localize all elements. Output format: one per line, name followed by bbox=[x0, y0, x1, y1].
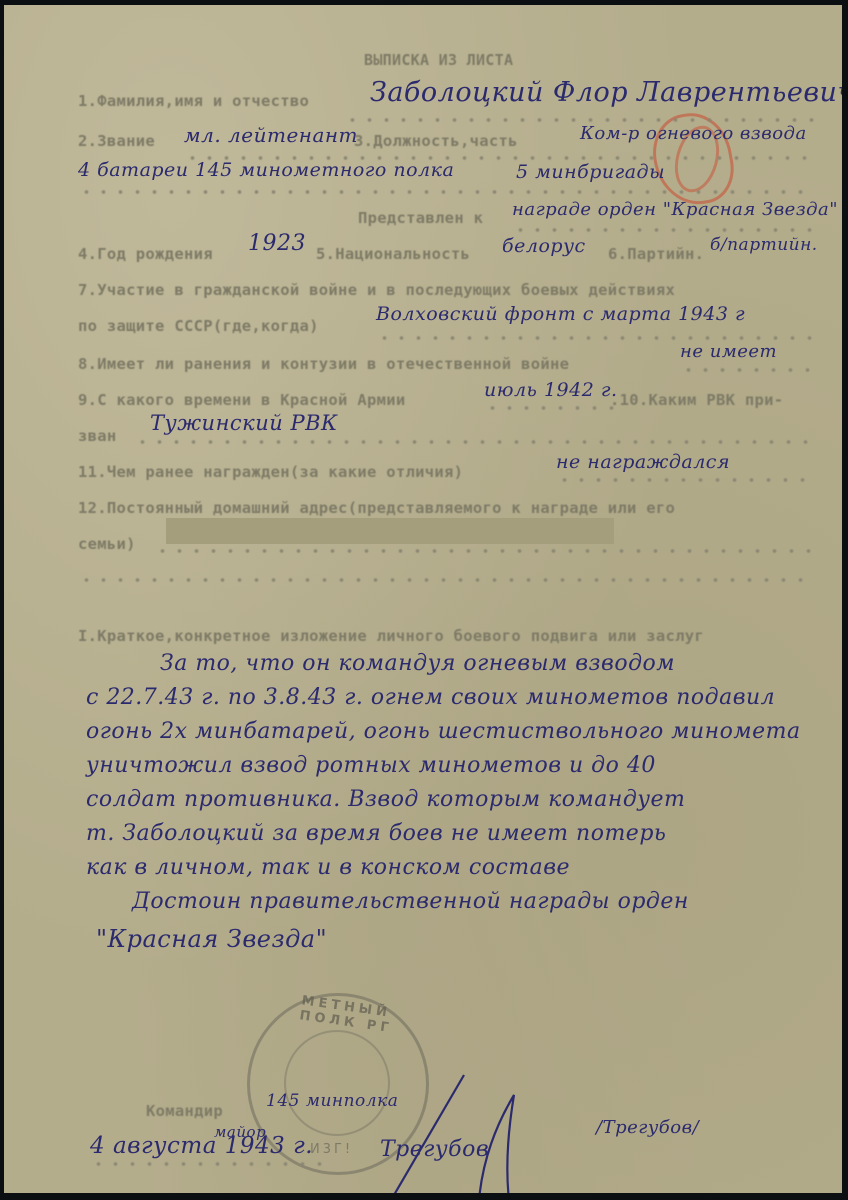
feat-line: огонь 2х минбатарей, огонь шестиствольно… bbox=[86, 719, 801, 744]
feat-line: За то, что он командуя огневым взводом bbox=[160, 651, 675, 676]
feat-section-label: I.Краткое,конкретное изложение личного б… bbox=[78, 627, 704, 645]
signature-date: 4 августа 1943 г. bbox=[90, 1133, 313, 1159]
field-position-value-cont2: 5 минбригады bbox=[516, 161, 665, 183]
dotted-line bbox=[680, 367, 814, 373]
redacted-address bbox=[166, 518, 614, 544]
field-name-value: Заболоцкий Флор Лаврентьевич bbox=[370, 77, 842, 108]
field-address-label-line1: 12.Постоянный домашний адрес(представляе… bbox=[78, 499, 675, 517]
feat-line: солдат противника. Взвод которым команду… bbox=[86, 787, 685, 812]
feat-line: т. Заболоцкий за время боев не имеет пот… bbox=[86, 821, 666, 846]
field-party-label: 6.Партийн. bbox=[608, 245, 704, 263]
field-party-value: б/партийн. bbox=[710, 235, 818, 255]
field-nationality-label: 5.Национальность bbox=[316, 245, 470, 263]
commander-label: Командир bbox=[146, 1102, 223, 1120]
field-rank-value: мл. лейтенант bbox=[184, 123, 358, 147]
field-wounds-value: не имеет bbox=[680, 341, 777, 362]
field-army-since-label: 9.С какого времени в Красной Армии bbox=[78, 391, 405, 409]
field-combat-value: Волховский фронт с марта 1943 г bbox=[376, 303, 745, 325]
field-prior-awards-value: не награждался bbox=[556, 451, 730, 473]
field-combat-label-line2: по защите СССР(где,когда) bbox=[78, 317, 319, 335]
field-draft-office-label: .10.Каким РВК при- bbox=[610, 391, 783, 409]
presented-value: награде орден "Красная Звезда" bbox=[512, 199, 838, 220]
field-nationality-value: белорус bbox=[502, 235, 586, 257]
dotted-line bbox=[512, 227, 812, 233]
field-rank-label: 2.Звание bbox=[78, 132, 155, 150]
dotted-line bbox=[154, 548, 814, 554]
document-title: ВЫПИСКА ИЗ ЛИСТА bbox=[364, 51, 513, 69]
feat-line: с 22.7.43 г. по 3.8.43 г. огнем своих ми… bbox=[86, 685, 775, 710]
award-sheet: ВЫПИСКА ИЗ ЛИСТА 1.Фамилия,имя и отчеств… bbox=[4, 5, 842, 1193]
field-position-label: 3.Должность,часть bbox=[354, 132, 518, 150]
field-position-value-cont: 4 батареи 145 минометного полка bbox=[78, 159, 454, 181]
dotted-line bbox=[134, 439, 814, 445]
field-name-label: 1.Фамилия,имя и отчество bbox=[78, 92, 309, 110]
field-prior-awards-label: 11.Чем ранее награжден(за какие отличия) bbox=[78, 463, 463, 481]
dotted-line bbox=[78, 577, 814, 583]
feat-line: как в личном, так и в конском составе bbox=[86, 855, 570, 880]
field-draft-office-label-cont: зван bbox=[78, 427, 117, 445]
dotted-line bbox=[556, 477, 814, 483]
signature-flourish bbox=[364, 1065, 534, 1193]
dotted-line bbox=[484, 405, 614, 411]
dotted-line bbox=[78, 189, 814, 195]
field-birth-year-label: 4.Год рождения bbox=[78, 245, 213, 263]
field-birth-year-value: 1923 bbox=[248, 231, 306, 256]
feat-line: уничтожил взвод ротных минометов и до 40 bbox=[86, 753, 656, 778]
feat-recommendation: Достоин правительственной награды орден bbox=[132, 889, 689, 914]
seal-number: И3Г! bbox=[310, 1142, 353, 1157]
field-draft-office-value: Тужинский РВК bbox=[150, 411, 338, 435]
field-wounds-label: 8.Имеет ли ранения и контузии в отечеств… bbox=[78, 355, 569, 373]
feat-award-name: "Красная Звезда" bbox=[96, 925, 327, 953]
field-army-since-value: июль 1942 г. bbox=[484, 379, 617, 401]
presented-label: Представлен к bbox=[358, 209, 483, 227]
field-position-value: Ком-р огневого взвода bbox=[580, 123, 807, 144]
commander-name: /Трегубов/ bbox=[596, 1117, 699, 1138]
field-combat-label-line1: 7.Участие в гражданской войне и в послед… bbox=[78, 281, 675, 299]
field-address-label-line2: семьи) bbox=[78, 535, 136, 553]
dotted-line bbox=[90, 1161, 330, 1167]
